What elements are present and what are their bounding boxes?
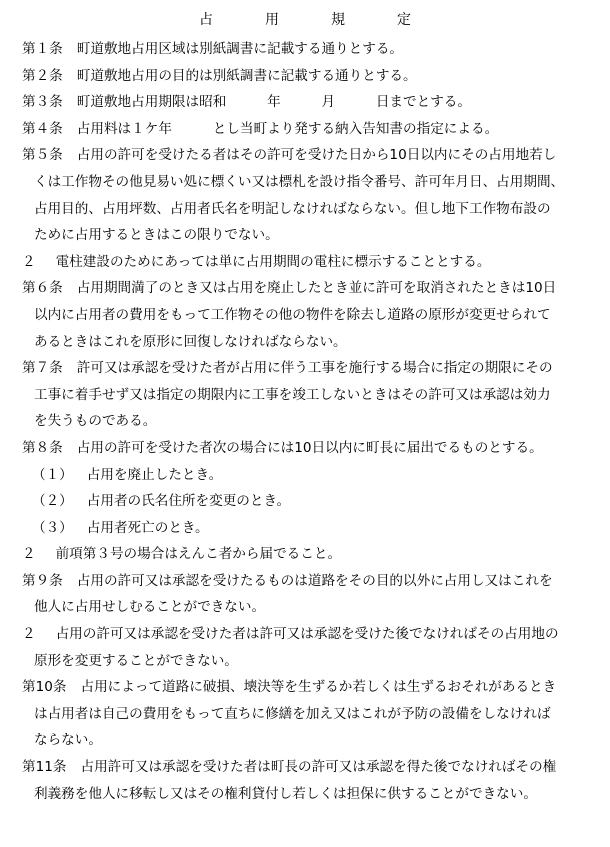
article-number: 第２条 — [22, 63, 63, 90]
title-char: 占 — [199, 10, 213, 30]
article-line: 第５条占用の許可を受けたる者はその許可を受けた日から10日以内にその占用地若し — [22, 142, 602, 169]
continuation-line: 工事に着手せず又は指定の期限内に工事を竣工しないときはその許可又は承認は効力 — [22, 382, 602, 409]
article-line: 第２条町道敷地占用の目的は別紙調書に記載する通りとする。 — [22, 63, 602, 90]
document-title: 占用規定 — [0, 10, 610, 30]
line-text: 占用期間満了のとき又は占用を廃止したとき並に許可を取消されたときは10日 — [77, 280, 556, 296]
line-text: は占用者は自己の費用をもって直ちに修繕を加え又はこれが予防の設備をしなければ — [34, 706, 551, 722]
article-number: （１） — [32, 462, 73, 489]
article-line: 第３条町道敷地占用期限は昭和 年 月 日までとする。 — [22, 89, 602, 116]
paragraph-line: ２占用の許可又は承認を受けた者は許可又は承認を受けた後でなければその占用地の — [22, 621, 602, 648]
line-text: 占用の許可を受けたる者はその許可を受けた日から10日以内にその占用地若し — [77, 147, 556, 163]
title-char: 規 — [331, 10, 345, 30]
regulation-body: 第１条町道敷地占用区域は別紙調書に記載する通りとする。第２条町道敷地占用の目的は… — [22, 36, 602, 807]
article-number: 第11条 — [22, 754, 67, 781]
article-line: 第８条占用の許可を受けた者次の場合には10日以内に町長に届出でるものとする。 — [22, 435, 602, 462]
line-text: 工事に着手せず又は指定の期限内に工事を竣工しないときはその許可又は承認は効力 — [34, 387, 551, 403]
line-text: 占用を廃止したとき。 — [87, 467, 222, 483]
continuation-line: ならない。 — [22, 727, 602, 754]
continuation-line: 原形を変更することができない。 — [22, 648, 602, 675]
article-line: 第９条占用の許可又は承認を受けたるものは道路をその目的以外に占用し又はこれを — [22, 568, 602, 595]
title-char: 定 — [397, 10, 411, 30]
line-text: 占用の許可又は承認を受けたるものは道路をその目的以外に占用し又はこれを — [77, 573, 553, 589]
article-number: 第８条 — [22, 435, 63, 462]
line-text: を失うものである。 — [34, 413, 156, 429]
list-item: （１）占用を廃止したとき。 — [22, 462, 602, 489]
line-text: 原形を変更することができない。 — [34, 653, 238, 669]
article-line: 第７条許可又は承認を受けた者が占用に伴う工事を施行する場合に指定の期限にその — [22, 355, 602, 382]
article-number: （３） — [32, 515, 73, 542]
article-number: ２ — [22, 541, 36, 568]
line-text: 電柱建設のためにあっては単に占用期間の電柱に標示することとする。 — [56, 254, 491, 270]
line-text: 占用許可又は承認を受けた者は町長の許可又は承認を得た後でなければその権 — [81, 759, 557, 775]
line-text: 町道敷地占用期限は昭和 年 月 日までとする。 — [77, 94, 471, 110]
list-item: （３）占用者死亡のとき。 — [22, 515, 602, 542]
article-number: 第６条 — [22, 275, 63, 302]
line-text: 占用者死亡のとき。 — [87, 520, 209, 536]
article-number: 第４条 — [22, 116, 63, 143]
line-text: 占用者の氏名住所を変更のとき。 — [87, 493, 290, 509]
article-number: 第５条 — [22, 142, 63, 169]
list-item: （２）占用者の氏名住所を変更のとき。 — [22, 488, 602, 515]
line-text: 以内に占用者の費用をもって工作物その他の物件を除去し道路の原形が変更せられて — [34, 307, 551, 323]
line-text: 占用の許可又は承認を受けた者は許可又は承認を受けた後でなければその占用地の — [56, 626, 559, 642]
article-number: ２ — [22, 249, 36, 276]
line-text: 占用料は１ケ年 とし当町より発する納入告知書の指定による。 — [77, 121, 498, 137]
paragraph-line: ２前項第３号の場合はえんこ者から届でること。 — [22, 541, 602, 568]
paragraph-line: ２電柱建設のためにあっては単に占用期間の電柱に標示することとする。 — [22, 249, 602, 276]
article-number: 第７条 — [22, 355, 63, 382]
line-text: 町道敷地占用区域は別紙調書に記載する通りとする。 — [77, 41, 403, 57]
line-text: 占用目的、占用坪数、占用者氏名を明記しなければならない。但し地下工作物布設の — [34, 201, 551, 217]
line-text: ために占用するときはこの限りでない。 — [34, 227, 279, 243]
line-text: 町道敷地占用の目的は別紙調書に記載する通りとする。 — [77, 68, 417, 84]
continuation-line: ために占用するときはこの限りでない。 — [22, 222, 602, 249]
line-text: 占用によって道路に破損、壊決等を生ずるか若しくは生ずるおそれがあるとき — [81, 679, 557, 695]
continuation-line: あるときはこれを原形に回復しなければならない。 — [22, 329, 602, 356]
line-text: 前項第３号の場合はえんこ者から届でること。 — [56, 546, 341, 562]
article-line: 第４条占用料は１ケ年 とし当町より発する納入告知書の指定による。 — [22, 116, 602, 143]
article-line: 第１条町道敷地占用区域は別紙調書に記載する通りとする。 — [22, 36, 602, 63]
line-text: くは工作物その他見易い処に標くい又は標札を設け指令番号、許可年月日、占用期間、 — [34, 174, 564, 190]
continuation-line: を失うものである。 — [22, 408, 602, 435]
continuation-line: くは工作物その他見易い処に標くい又は標札を設け指令番号、許可年月日、占用期間、 — [22, 169, 602, 196]
continuation-line: 利義務を他人に移転し又はその権利貸付し若しくは担保に供することができない。 — [22, 781, 602, 808]
article-number: 第10条 — [22, 674, 67, 701]
article-line: 第11条占用許可又は承認を受けた者は町長の許可又は承認を得た後でなければその権 — [22, 754, 602, 781]
line-text: 占用の許可を受けた者次の場合には10日以内に町長に届出でるものとする。 — [77, 440, 543, 456]
article-number: ２ — [22, 621, 36, 648]
article-number: 第９条 — [22, 568, 63, 595]
continuation-line: は占用者は自己の費用をもって直ちに修繕を加え又はこれが予防の設備をしなければ — [22, 701, 602, 728]
line-text: 他人に占用せしむることができない。 — [34, 599, 265, 615]
continuation-line: 占用目的、占用坪数、占用者氏名を明記しなければならない。但し地下工作物布設の — [22, 196, 602, 223]
article-number: （２） — [32, 488, 73, 515]
line-text: 許可又は承認を受けた者が占用に伴う工事を施行する場合に指定の期限にその — [77, 360, 553, 376]
line-text: 利義務を他人に移転し又はその権利貸付し若しくは担保に供することができない。 — [34, 786, 537, 802]
article-line: 第６条占用期間満了のとき又は占用を廃止したとき並に許可を取消されたときは10日 — [22, 275, 602, 302]
article-number: 第１条 — [22, 36, 63, 63]
article-line: 第10条占用によって道路に破損、壊決等を生ずるか若しくは生ずるおそれがあるとき — [22, 674, 602, 701]
continuation-line: 以内に占用者の費用をもって工作物その他の物件を除去し道路の原形が変更せられて — [22, 302, 602, 329]
line-text: ならない。 — [34, 732, 102, 748]
title-char: 用 — [265, 10, 279, 30]
line-text: あるときはこれを原形に回復しなければならない。 — [34, 334, 347, 350]
continuation-line: 他人に占用せしむることができない。 — [22, 594, 602, 621]
article-number: 第３条 — [22, 89, 63, 116]
